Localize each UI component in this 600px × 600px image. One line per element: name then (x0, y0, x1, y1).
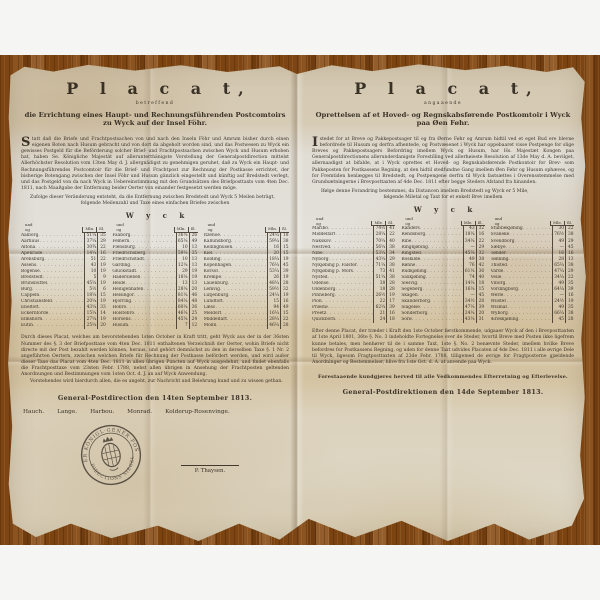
drop-cap: I (312, 137, 318, 148)
tax-table-group-3: undog Mln.ßl. Itzehoe24¼18Kallundborg59¼… (204, 223, 289, 329)
tax-row: Sorø43¼31 (401, 317, 484, 323)
post-direction-seal-icon: DER KÖNIGL·GENER·POST DIRECTIONS SIEGEL (73, 417, 149, 493)
heading-line2: paa Øen Føhr. (312, 119, 574, 127)
signature-rule (181, 465, 239, 466)
placat-subtitle-danish: angaaende (312, 101, 574, 106)
table-title-wyck: W y c k (21, 211, 289, 220)
german-page: P l a c a t, betreffend die Errichtung e… (21, 80, 289, 505)
col-head-shilling: ßl. (385, 221, 395, 226)
countersignature: P. Thaysen. (181, 465, 239, 474)
placat-title-danish: P l a c a t, (312, 80, 574, 98)
col-head-miles: Mln. (265, 227, 279, 232)
drop-cap: S (21, 137, 30, 148)
dateline-danish: General-Postdirektionen den 14de Septemb… (312, 388, 574, 396)
tax-row: Eutin25¼20 (21, 323, 106, 329)
tax-table-header: undog Mln.ßl. (204, 223, 289, 232)
closing-paragraph-german: Durch dieses Placat, welches am bevorste… (21, 335, 289, 378)
body-paragraph-german: Statt daß die Briefe und Frachtpostsache… (21, 137, 289, 192)
signatures: Hauch. Lange. Harbou. Monrad. Kolderup-R… (21, 409, 289, 415)
document-photo: P l a c a t, betreffend die Errichtung e… (0, 55, 600, 545)
col-head-miles: Mln. (174, 227, 188, 232)
col-head-miles: Mle. (550, 221, 564, 226)
tax-row: Ærøskjøbing4528 (491, 317, 574, 323)
placat-heading-german: die Errichtung eines Haupt- und Rechnung… (21, 111, 289, 128)
heading-line1: Oprettelsen af et Hoved- og Regnskabsfør… (312, 111, 574, 119)
col-head-miles: Mle. (461, 221, 475, 226)
closing-paragraph-danish: Efter denne Placat, der træder i Kraft d… (312, 329, 574, 366)
body-paragraph-danish: Istedet for at Breve og Pakkepostsager t… (312, 137, 574, 186)
tax-table-header: undog Mln.ßl. (21, 223, 106, 232)
signature-lange: Lange. (57, 409, 77, 415)
col-head-miles: Mln. (82, 227, 96, 232)
countersign-name: P. Thaysen. (181, 468, 239, 474)
signature-hauch: Hauch. (23, 409, 44, 415)
closing-notice-german: Vorstehendes wird hierdurch allen, die e… (21, 379, 289, 385)
placat-heading-danish: Oprettelsen af et Hoved- og Regnskabsfør… (312, 111, 574, 128)
tax-row: Husum712 (112, 323, 197, 329)
col-head-shilling: ßl. (188, 227, 198, 232)
col-head-miles: Mle. (371, 221, 385, 226)
posthorn-icon (110, 467, 119, 470)
pre-table-text-danish: Ifølge denne Forandring bestemmes, da Di… (312, 189, 574, 201)
dateline-german: General-Postdirection den 14ten Septembe… (21, 394, 289, 402)
postal-tax-table-left: undog Mln.ßl. Aalborg51¼35Aarhuus37¼29Al… (21, 223, 289, 329)
table-title-wyck: W y c k (312, 205, 574, 214)
tax-row: Mölln46¼28 (204, 323, 289, 329)
body-text: stedet for at Breve og Pakkepostsager ti… (312, 137, 574, 185)
placat-title-german: P l a c a t, (21, 80, 289, 98)
tax-table-group-2: undog Mle.ßl. Randers4332Rendsborg18¼16R… (401, 217, 484, 323)
postal-tax-table-right: undog Mle.ßl. Maribo74½41Middelfart28¼22… (312, 217, 574, 323)
tax-table-group-3: undog Mle.ßl. Stubbekjøbing3022Svaneke76… (491, 217, 574, 323)
danish-page: P l a c a t, angaaende Oprettelsen af et… (312, 80, 574, 396)
placat-document: P l a c a t, betreffend die Errichtung e… (7, 60, 587, 542)
pre-table-text-german: Zufolge dieser Veränderung entsteht, da … (21, 195, 289, 207)
signature-kolderup: Kolderup-Rosenvinge. (165, 409, 230, 415)
body-text: tatt daß die Briefe und Frachtpostsachen… (21, 137, 289, 191)
col-head-shilling: ßl. (279, 227, 289, 232)
col-head-shilling: ßl. (96, 227, 106, 232)
tax-table-header: undog Mln.ßl. (112, 223, 197, 232)
center-fold-crease (290, 60, 304, 542)
seal-area: DER KÖNIGL·GENER·POST DIRECTIONS SIEGEL (21, 421, 289, 505)
tax-row: Quickborn2418 (312, 317, 395, 323)
col-head-shilling: ßl. (564, 221, 574, 226)
col-head-shilling: ßl. (475, 221, 485, 226)
announcement-line-danish: Forestaaende kundgjøres herved til alle … (312, 374, 574, 380)
tax-table-group-1: undog Mle.ßl. Maribo74½41Middelfart28¼22… (312, 217, 395, 323)
pre-table-line2: folgende Meilenzahl und Taxe eines einfa… (21, 201, 289, 207)
tax-table-group-1: undog Mln.ßl. Aalborg51¼35Aarhuus37¼29Al… (21, 223, 106, 329)
tax-table-group-2: undog Mln.ßl. Faaborg36¼26Femern65¼49Fle… (112, 223, 197, 329)
pre-table-line2: følgende Miletal og Taxt for et enkelt B… (312, 195, 574, 201)
heading-line1: die Errichtung eines Haupt- und Rechnung… (21, 111, 289, 119)
signature-monrad: Monrad. (127, 409, 152, 415)
signature-harbou: Harbou. (90, 409, 114, 415)
heading-line2: zu Wyck auf der Insel Föhr. (21, 119, 289, 127)
crown-icon (102, 435, 113, 442)
placat-subtitle-german: betreffend (21, 101, 289, 106)
tax-table-header: undog Mle.ßl. (401, 217, 484, 226)
tax-table-header: undog Mle.ßl. (491, 217, 574, 226)
